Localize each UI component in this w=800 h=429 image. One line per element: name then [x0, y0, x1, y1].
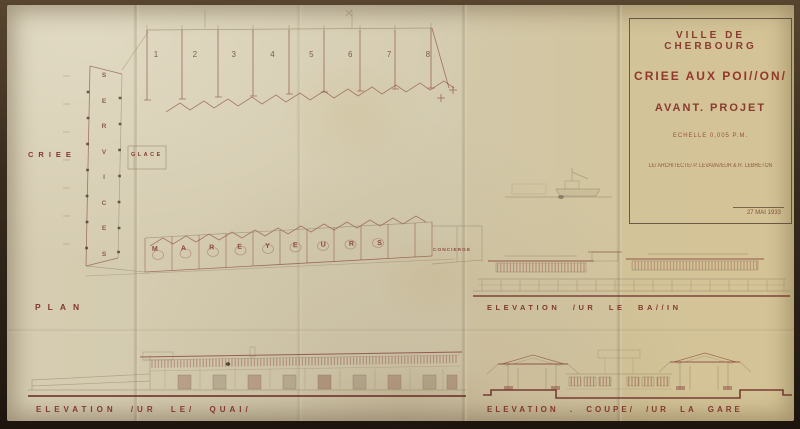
concierge-label: CONCIERGE — [433, 248, 471, 253]
title-scale: ECHELLE 0,005 P.M. — [630, 133, 791, 139]
services-letters: S E R V I C E S — [97, 72, 111, 258]
plan-label: PLAN — [35, 302, 86, 312]
bay-number: 5 — [304, 50, 318, 59]
stall-letter: E — [237, 244, 242, 251]
stall-letter: R — [349, 241, 354, 248]
title-block: VILLE DE CHERBOURG CRIEE AUX POI//ON/ AV… — [629, 18, 792, 224]
title-date: 27 MAI 1933 — [733, 207, 784, 216]
service-letter: S — [102, 72, 106, 79]
title-subtitle: AVANT. PROJET — [630, 102, 791, 114]
service-letter: E — [102, 98, 106, 105]
harbor-sketch — [505, 168, 612, 199]
bassin-elevation — [473, 252, 790, 296]
bay-numbers: 1 2 3 4 5 6 7 8 — [149, 50, 435, 59]
title-project: CRIEE AUX POI//ON/ — [630, 69, 791, 83]
service-letter: R — [102, 123, 107, 130]
service-letter: E — [102, 225, 106, 232]
facade-doors — [178, 375, 457, 389]
stall-letter: E — [293, 242, 298, 249]
service-letter: V — [102, 149, 106, 156]
gare-section — [483, 350, 792, 398]
service-letter: I — [103, 174, 105, 181]
bay-number: 7 — [382, 50, 396, 59]
bay-number: 1 — [149, 50, 163, 59]
stall-letter: A — [181, 245, 186, 252]
quais-elevation-label: ELEVATION /UR LE/ QUAI/ — [36, 405, 252, 414]
glace-label: GLACE — [131, 152, 163, 158]
gare-section-label: ELEVATION . COUPE/ /UR LA GARE — [487, 405, 743, 414]
gare-windows — [569, 377, 669, 386]
criee-label: CRIEE — [28, 150, 76, 159]
stall-letter: M — [152, 246, 158, 253]
bassin-elevation-label: ELEVATION /UR LE BA//IN — [487, 303, 682, 312]
stall-letter: R — [209, 244, 214, 251]
service-letter: C — [102, 200, 107, 207]
title-architects: LE/ ARCHITECTE/ P. LEVAVA//EUR & R. LEBR… — [641, 163, 779, 169]
service-letter: S — [102, 251, 106, 258]
bay-number: 3 — [227, 50, 241, 59]
title-city: VILLE DE CHERBOURG — [630, 30, 791, 52]
quais-elevation — [28, 347, 466, 396]
bay-number: 4 — [266, 50, 280, 59]
stall-letter: Y — [265, 243, 270, 250]
stall-letter: U — [321, 241, 326, 248]
photographed-drawing-sheet: VILLE DE CHERBOURG CRIEE AUX POI//ON/ AV… — [0, 0, 800, 429]
bay-number: 6 — [343, 50, 357, 59]
stall-letter: S — [377, 240, 382, 247]
bay-number: 8 — [421, 50, 435, 59]
bay-number: 2 — [188, 50, 202, 59]
